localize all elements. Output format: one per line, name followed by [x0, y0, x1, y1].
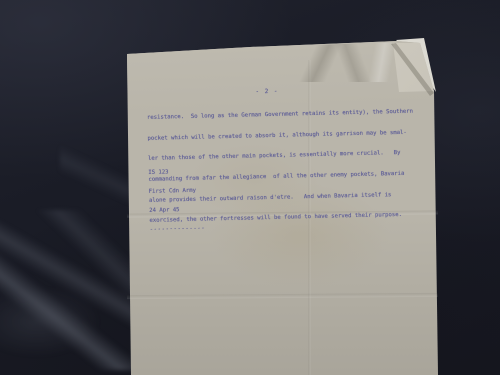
signature-block: IS 123 First Cdn Army 24 Apr 45 --------… [148, 156, 206, 247]
document-photo: - 2 - resistance. So long as the German … [0, 0, 500, 375]
body-line: pocket which will be created to absorb i… [147, 129, 437, 143]
body-line: resistance. So long as the German Govern… [147, 108, 437, 122]
signature-unit: First Cdn Army [149, 188, 205, 196]
page-number: - 2 - [255, 88, 278, 96]
signature-reference: IS 123 [148, 168, 204, 176]
signature-underline: -------------- [150, 226, 206, 234]
signature-date: 24 Apr 45 [149, 207, 205, 215]
typewritten-text-layer: - 2 - resistance. So long as the German … [0, 0, 500, 375]
